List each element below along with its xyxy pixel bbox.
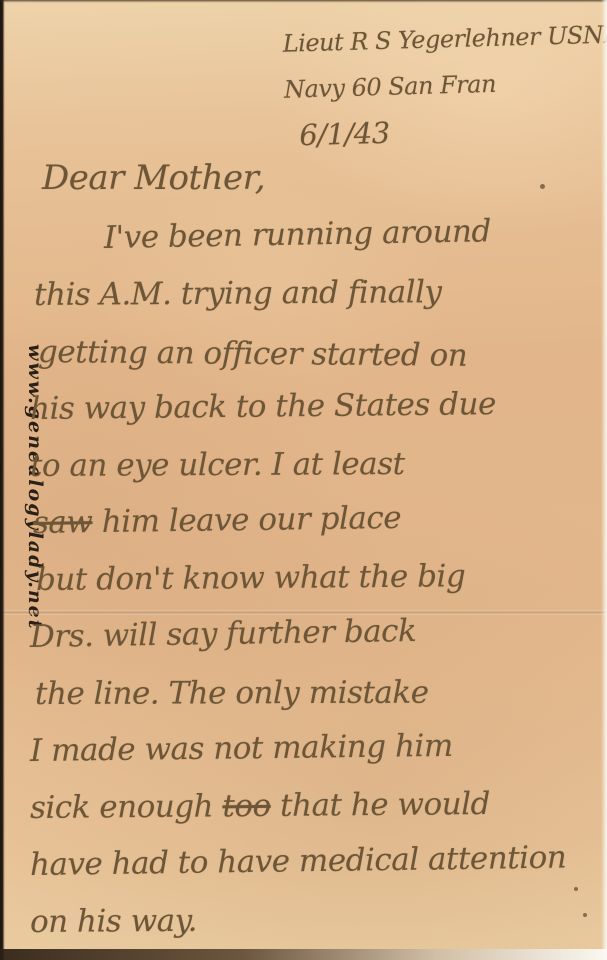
letter-page: www.genealogylady.net Lieut R S Yegerleh… (0, 0, 607, 960)
date-line: 6/1/43 (299, 103, 607, 158)
letter-line: the line. The only mistake (35, 664, 593, 723)
paper-fold-crease (0, 610, 607, 615)
letter-line: this A.M. trying and finally (34, 263, 593, 324)
struck-word: too (222, 788, 271, 824)
line-text: but don't know what the big (36, 558, 466, 598)
letter-body: I've been running around this A.M. tryin… (30, 210, 593, 951)
letter-line: sick enough too that he would (30, 775, 593, 837)
salutation: Dear Mother, (42, 156, 265, 200)
scan-edge-left (0, 0, 5, 960)
line-text: the line. The only mistake (35, 675, 429, 712)
letter-line: his way back to the States due (30, 375, 594, 438)
struck-word: saw (33, 504, 93, 541)
letter-line: to an eye ulcer. I at least (30, 435, 593, 495)
letter-line: on his way. (30, 890, 593, 951)
line-text: to an eye ulcer. I at least (30, 446, 405, 484)
letter-line: saw him leave our place (33, 487, 594, 552)
line-text: that he would (271, 786, 490, 824)
line-text: I've been running around (104, 213, 491, 256)
line-text: Drs. will say further back (30, 613, 417, 655)
ink-speck (574, 887, 578, 891)
scan-edge-bottom (0, 949, 607, 960)
sender-line: Lieut R S Yegerlehner USNR (282, 11, 607, 66)
letter-header: Lieut R S Yegerlehner USNR Navy 60 San F… (282, 11, 607, 158)
line-text: on his way. (30, 903, 197, 940)
ink-speck (540, 184, 545, 189)
line-text: this A.M. trying and finally (34, 274, 442, 313)
line-text: I made was not making him (30, 728, 453, 769)
letter-line: I made was not making him (30, 716, 594, 780)
scan-edge-right (601, 0, 607, 960)
letter-line: but don't know what the big (36, 547, 593, 609)
line-text: him leave our place (92, 500, 401, 540)
line-text: have had to have medical attention (30, 840, 567, 883)
ink-speck (583, 913, 587, 917)
scan-edge-top (0, 0, 607, 3)
line-text: getting an officer started on (38, 334, 467, 374)
line-text: sick enough (30, 788, 223, 826)
letter-line: have had to have medical attention (30, 829, 594, 894)
line-text: his way back to the States due (30, 386, 496, 427)
letter-line: I've been running around (104, 201, 594, 267)
